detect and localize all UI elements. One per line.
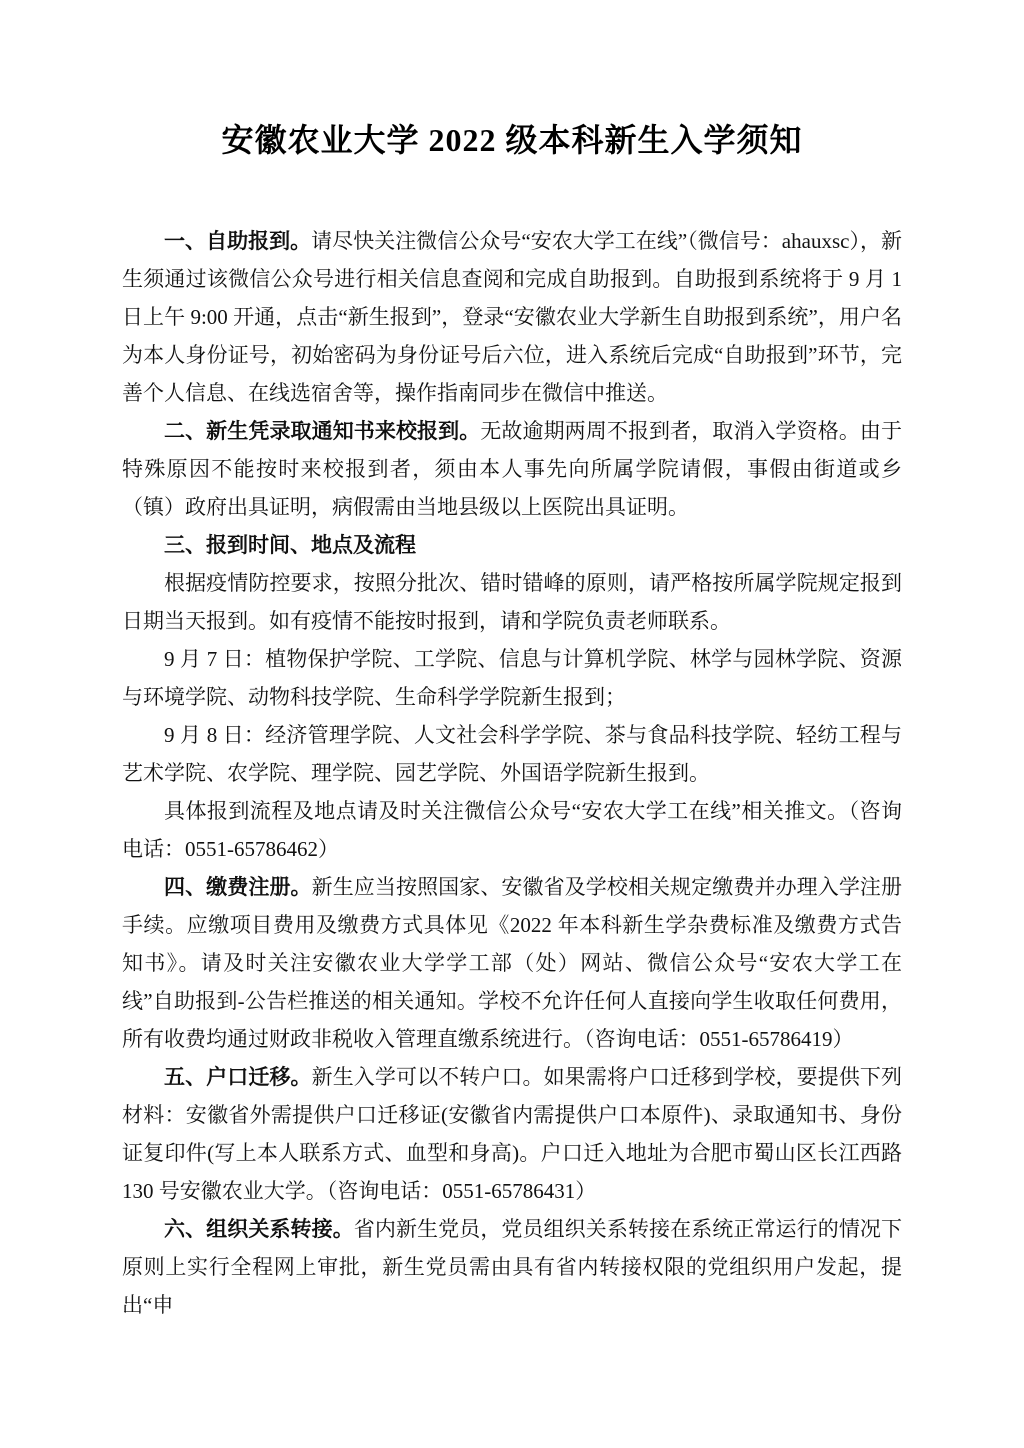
paragraph-sep7-colleges: 9 月 7 日：植物保护学院、工学院、信息与计算机学院、林学与园林学院、资源与环… [122,640,902,716]
paragraph-sep8-colleges: 9 月 8 日：经济管理学院、人文社会科学学院、茶与食品科技学院、轻纺工程与艺术… [122,716,902,792]
paragraph-text: 请尽快关注微信公众号“安农大学工在线”（微信号：ahauxsc），新生须通过该微… [122,229,902,405]
paragraph-text: 具体报到流程及地点请及时关注微信公众号“安农大学工在线”相关推文。（咨询电话：0… [122,799,902,861]
paragraph-text: 9 月 7 日：植物保护学院、工学院、信息与计算机学院、林学与园林学院、资源与环… [122,647,902,709]
paragraph-household-registration: 五、户口迁移。新生入学可以不转户口。如果需将户口迁移到学校，要提供下列材料：安徽… [122,1058,902,1210]
section-heading: 五、户口迁移。 [164,1065,312,1089]
section-heading: 六、组织关系转接。 [164,1217,354,1241]
paragraph-report-time-heading: 三、报到时间、地点及流程 [122,526,902,564]
paragraph-text: 9 月 8 日：经济管理学院、人文社会科学学院、茶与食品科技学院、轻纺工程与艺术… [122,723,902,785]
paragraph-self-checkin: 一、自助报到。请尽快关注微信公众号“安农大学工在线”（微信号：ahauxsc），… [122,222,902,412]
paragraph-party-transfer: 六、组织关系转接。省内新生党员，党员组织关系转接在系统正常运行的情况下原则上实行… [122,1210,902,1324]
document-page: 安徽农业大学 2022 级本科新生入学须知 一、自助报到。请尽快关注微信公众号“… [0,0,1024,1448]
paragraph-epidemic-rules: 根据疫情防控要求，按照分批次、错时错峰的原则，请严格按所属学院规定报到日期当天报… [122,564,902,640]
paragraph-payment: 四、缴费注册。新生应当按照国家、安徽省及学校相关规定缴费并办理入学注册手续。应缴… [122,868,902,1058]
document-title: 安徽农业大学 2022 级本科新生入学须知 [122,116,902,164]
section-heading: 四、缴费注册。 [164,875,312,899]
section-heading: 一、自助报到。 [164,229,311,253]
paragraph-text: 根据疫情防控要求，按照分批次、错时错峰的原则，请严格按所属学院规定报到日期当天报… [122,571,902,633]
section-heading: 三、报到时间、地点及流程 [164,533,416,557]
paragraph-wechat-info: 具体报到流程及地点请及时关注微信公众号“安农大学工在线”相关推文。（咨询电话：0… [122,792,902,868]
document-body: 一、自助报到。请尽快关注微信公众号“安农大学工在线”（微信号：ahauxsc），… [122,222,902,1324]
paragraph-admission-letter: 二、新生凭录取通知书来校报到。无故逾期两周不报到者，取消入学资格。由于特殊原因不… [122,412,902,526]
section-heading: 二、新生凭录取通知书来校报到。 [164,419,480,443]
paragraph-text: 新生应当按照国家、安徽省及学校相关规定缴费并办理入学注册手续。应缴项目费用及缴费… [122,875,902,1051]
